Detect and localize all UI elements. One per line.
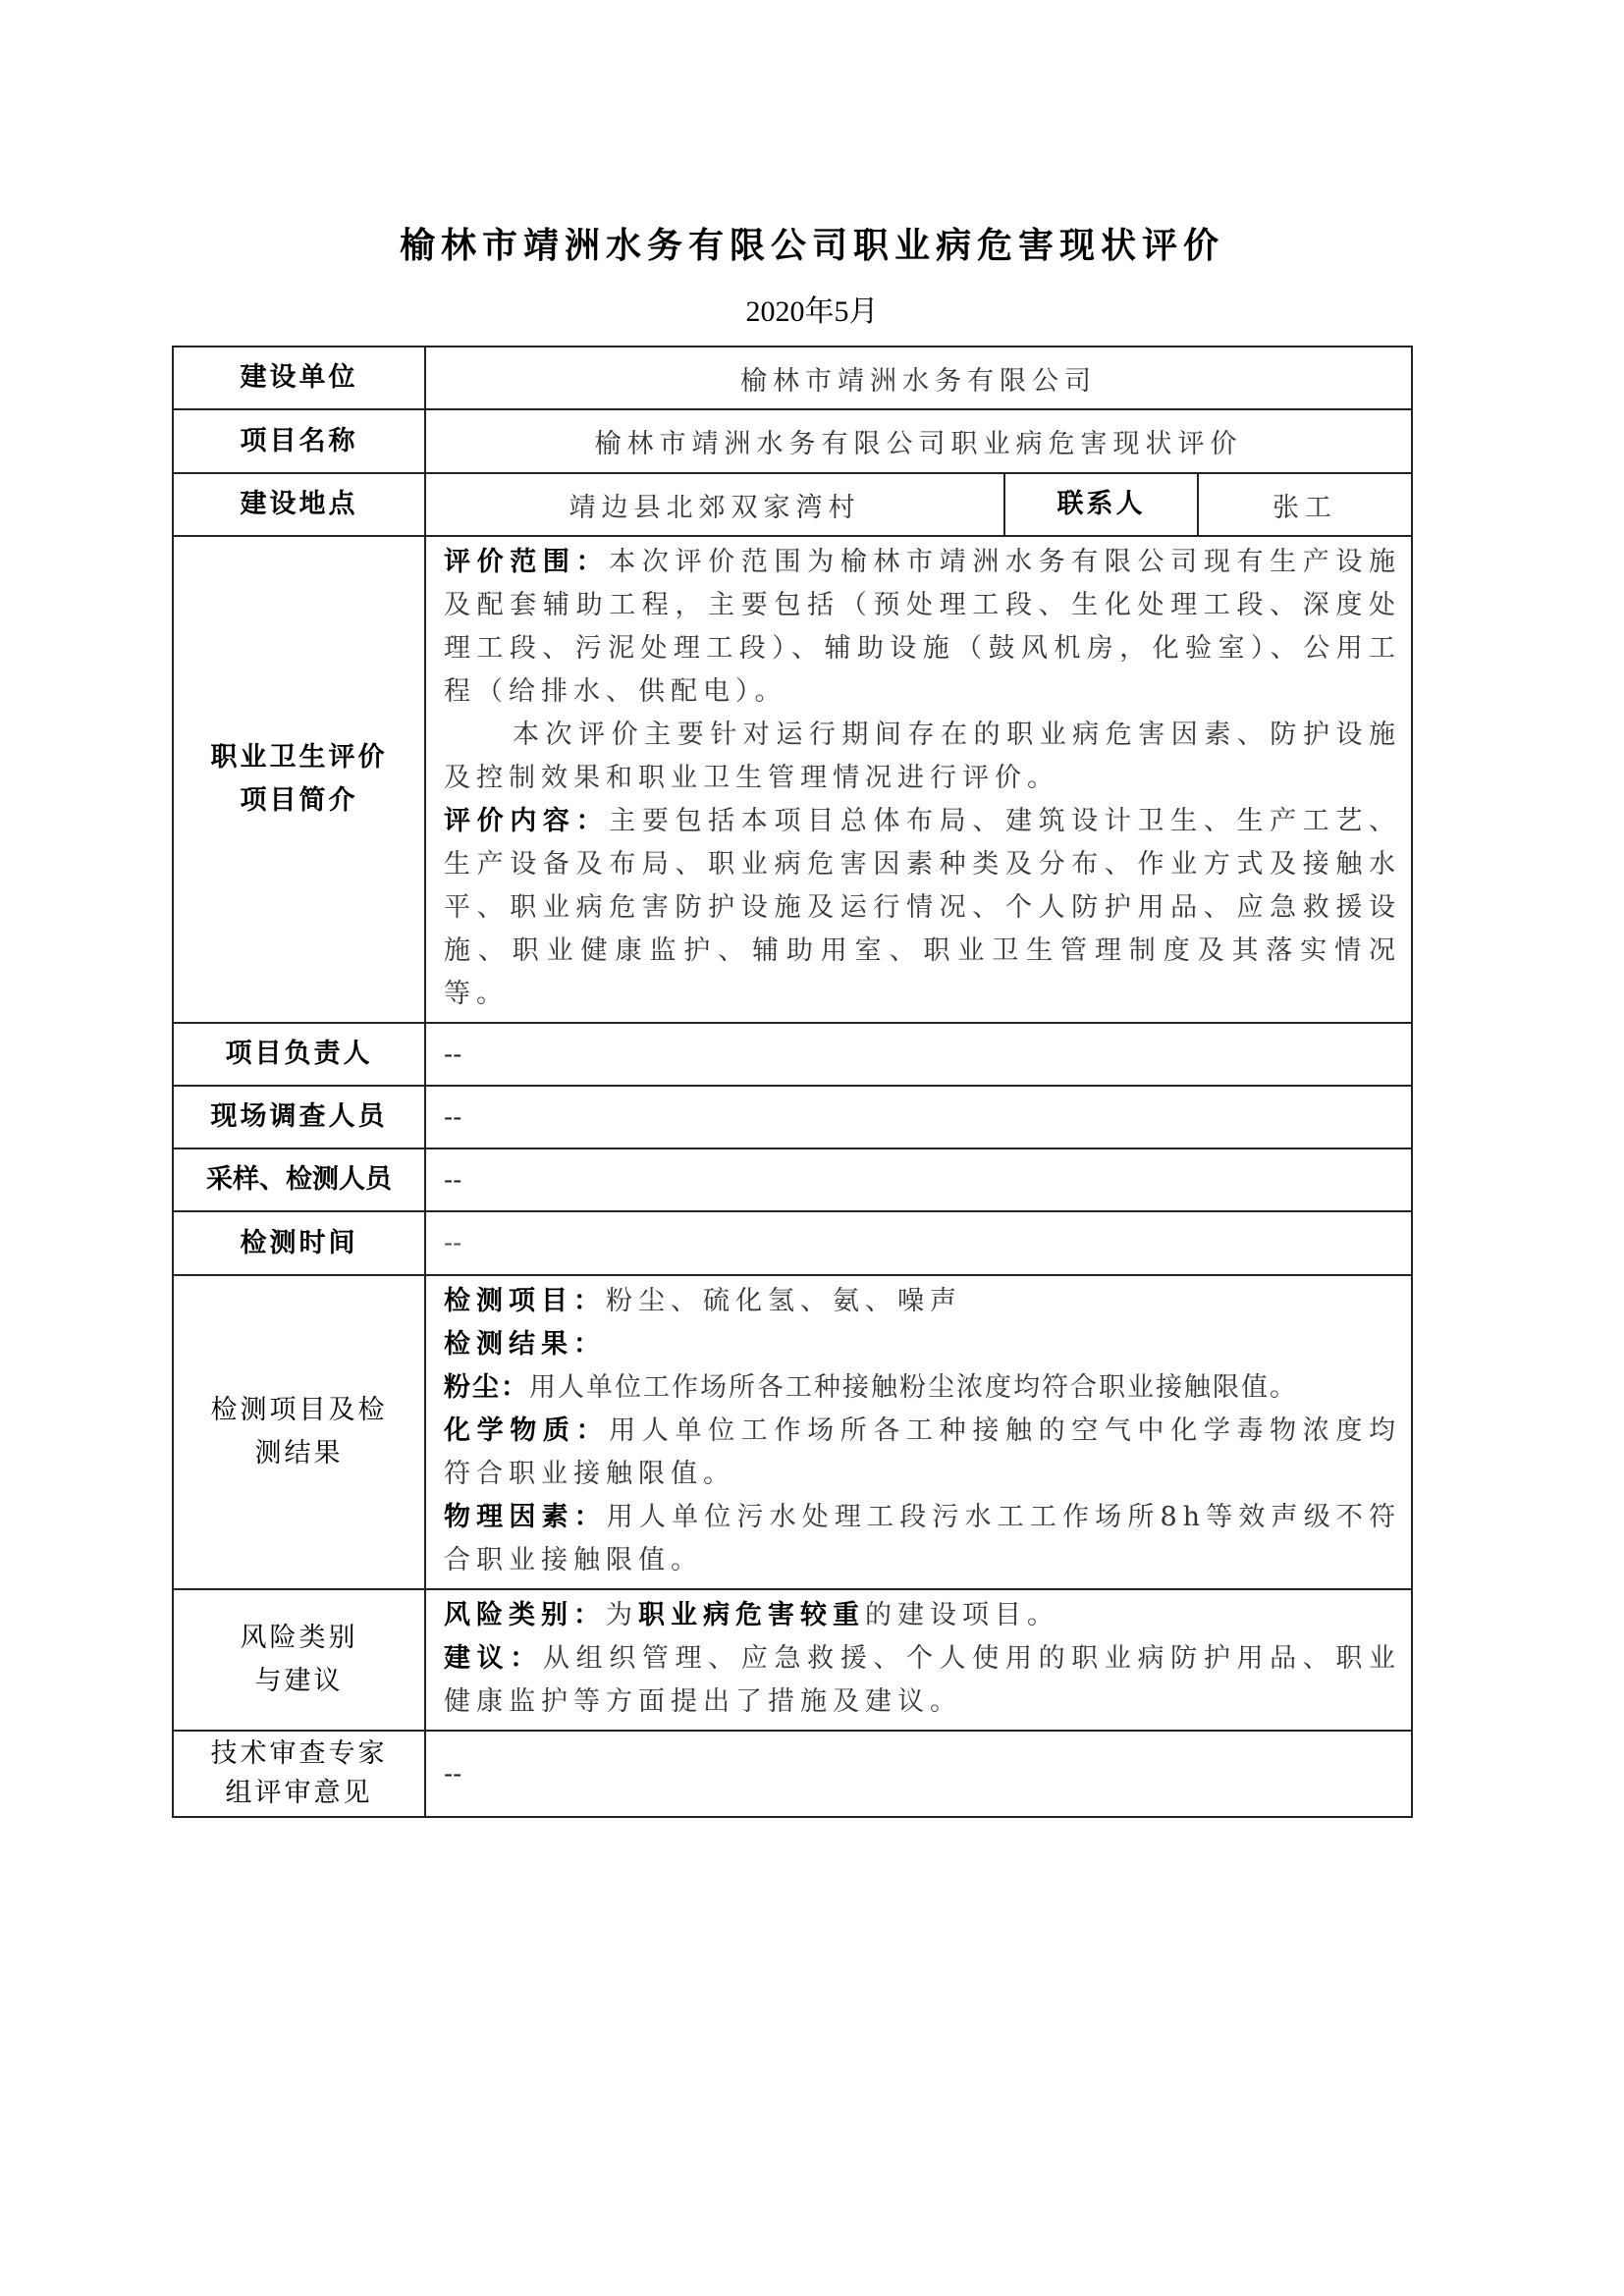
- result-physical: 物理因素：用人单位污水处理工段污水工工作场所8h等效声级不符合职业接触限值。: [444, 1496, 1401, 1582]
- chem-heading: 化学物质：: [444, 1415, 609, 1446]
- evaluation-scope: 评价范围：本次评价范围为榆林市靖洲水务有限公司现有生产设施及配套辅助工程，主要包…: [444, 541, 1401, 714]
- row-risk: 风险类别 与建议 风险类别：为职业病危害较重的建设项目。 建议：从组织管理、应急…: [173, 1589, 1412, 1731]
- advice-text: 从组织管理、应急救援、个人使用的职业病防护用品、职业健康监护等方面提出了措施及建…: [444, 1643, 1401, 1717]
- label-risk: 风险类别 与建议: [173, 1589, 425, 1731]
- phys-heading: 物理因素：: [444, 1502, 607, 1532]
- risk-category-heading: 风险类别：: [444, 1600, 606, 1630]
- document-title: 榆林市靖洲水务有限公司职业病危害现状评价: [0, 218, 1624, 268]
- test-items-text: 粉尘、硫化氢、氨、噪声: [606, 1286, 962, 1316]
- row-project-intro: 职业卫生评价 项目简介 评价范围：本次评价范围为榆林市靖洲水务有限公司现有生产设…: [173, 536, 1412, 1023]
- label-testing: 检测项目及检 测结果: [173, 1275, 425, 1589]
- value-project-name: 榆林市靖洲水务有限公司职业病危害现状评价: [425, 409, 1412, 473]
- value-site-investigators: --: [425, 1086, 1412, 1148]
- row-testing: 检测项目及检 测结果 检测项目：粉尘、硫化氢、氨、噪声 检测结果： 粉尘：用人单…: [173, 1275, 1412, 1589]
- label-project-name: 项目名称: [173, 409, 425, 473]
- value-contact: 张工: [1198, 473, 1412, 536]
- row-site-investigators: 现场调查人员 --: [173, 1086, 1412, 1148]
- value-project-intro: 评价范围：本次评价范围为榆林市靖洲水务有限公司现有生产设施及配套辅助工程，主要包…: [425, 536, 1412, 1023]
- label-site-investigators: 现场调查人员: [173, 1086, 425, 1148]
- value-expert-review: --: [425, 1731, 1412, 1817]
- label-sampling-staff: 采样、检测人员: [173, 1148, 425, 1211]
- row-expert-review: 技术审查专家 组评审意见 --: [173, 1731, 1412, 1817]
- dust-text: 用人单位工作场所各工种接触粉尘浓度均符合职业接触限值。: [529, 1372, 1298, 1403]
- label-project-intro-line2: 项目简介: [174, 779, 424, 823]
- value-testing: 检测项目：粉尘、硫化氢、氨、噪声 检测结果： 粉尘：用人单位工作场所各工种接触粉…: [425, 1275, 1412, 1589]
- label-risk-line2: 与建议: [174, 1660, 424, 1703]
- evaluation-focus: 本次评价主要针对运行期间存在的职业病危害因素、防护设施及控制效果和职业卫生管理情…: [444, 714, 1401, 800]
- label-project-intro-line1: 职业卫生评价: [174, 736, 424, 779]
- label-expert-review-line2: 组评审意见: [174, 1774, 424, 1813]
- advice-heading: 建议：: [444, 1643, 543, 1674]
- value-test-time: --: [425, 1211, 1412, 1275]
- label-expert-review: 技术审查专家 组评审意见: [173, 1731, 425, 1817]
- risk-category-suffix: 的建设项目。: [865, 1600, 1059, 1630]
- dust-heading: 粉尘：: [444, 1372, 529, 1403]
- document-date: 2020年5月: [0, 287, 1624, 330]
- row-construction-unit: 建设单位 榆林市靖洲水务有限公司: [173, 347, 1412, 409]
- label-testing-line2: 测结果: [174, 1432, 424, 1475]
- row-project-name: 项目名称 榆林市靖洲水务有限公司职业病危害现状评价: [173, 409, 1412, 473]
- row-project-leader: 项目负责人 --: [173, 1023, 1412, 1086]
- risk-advice: 建议：从组织管理、应急救援、个人使用的职业病防护用品、职业健康监护等方面提出了措…: [444, 1637, 1401, 1724]
- risk-category-prefix: 为: [606, 1600, 638, 1630]
- value-construction-unit: 榆林市靖洲水务有限公司: [425, 347, 1412, 409]
- label-test-time: 检测时间: [173, 1211, 425, 1275]
- evaluation-content: 评价内容：主要包括本项目总体布局、建筑设计卫生、生产工艺、生产设备及布局、职业病…: [444, 800, 1401, 1016]
- label-contact: 联系人: [1004, 473, 1198, 536]
- label-expert-review-line1: 技术审查专家: [174, 1735, 424, 1774]
- value-project-leader: --: [425, 1023, 1412, 1086]
- content-text: 主要包括本项目总体布局、建筑设计卫生、生产工艺、生产设备及布局、职业病危害因素种…: [444, 806, 1401, 1009]
- risk-category-level: 职业病危害较重: [638, 1600, 865, 1630]
- value-risk: 风险类别：为职业病危害较重的建设项目。 建议：从组织管理、应急救援、个人使用的职…: [425, 1589, 1412, 1731]
- row-construction-site: 建设地点 靖边县北郊双家湾村 联系人 张工: [173, 473, 1412, 536]
- test-results-heading: 检测结果：: [444, 1323, 1401, 1366]
- content-heading: 评价内容：: [444, 806, 609, 836]
- result-dust: 粉尘：用人单位工作场所各工种接触粉尘浓度均符合职业接触限值。: [444, 1366, 1401, 1410]
- label-project-leader: 项目负责人: [173, 1023, 425, 1086]
- result-chemical: 化学物质：用人单位工作场所各工种接触的空气中化学毒物浓度均符合职业接触限值。: [444, 1410, 1401, 1496]
- label-construction-site: 建设地点: [173, 473, 425, 536]
- test-items-heading: 检测项目：: [444, 1286, 606, 1316]
- label-testing-line1: 检测项目及检: [174, 1389, 424, 1432]
- evaluation-summary-table: 建设单位 榆林市靖洲水务有限公司 项目名称 榆林市靖洲水务有限公司职业病危害现状…: [172, 346, 1413, 1818]
- label-project-intro: 职业卫生评价 项目简介: [173, 536, 425, 1023]
- label-risk-line1: 风险类别: [174, 1617, 424, 1660]
- risk-category: 风险类别：为职业病危害较重的建设项目。: [444, 1594, 1401, 1637]
- scope-heading: 评价范围：: [444, 547, 609, 577]
- row-test-time: 检测时间 --: [173, 1211, 1412, 1275]
- row-sampling-staff: 采样、检测人员 --: [173, 1148, 1412, 1211]
- value-sampling-staff: --: [425, 1148, 1412, 1211]
- test-items: 检测项目：粉尘、硫化氢、氨、噪声: [444, 1280, 1401, 1323]
- label-construction-unit: 建设单位: [173, 347, 425, 409]
- value-construction-site: 靖边县北郊双家湾村: [425, 473, 1004, 536]
